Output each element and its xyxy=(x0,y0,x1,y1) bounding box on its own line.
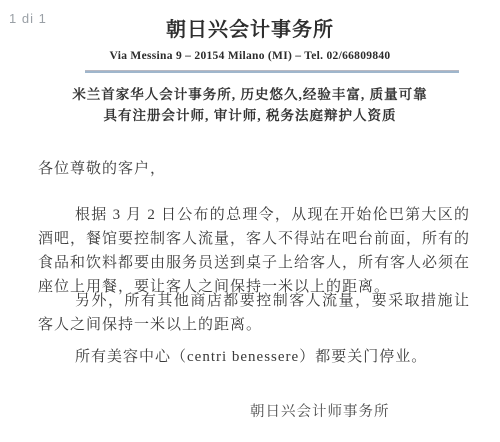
letter-paragraph-1: 根据 3 月 2 日公布的总理令，从现在开始伦巴第大区的酒吧，餐馆要控制客人流量… xyxy=(38,203,470,299)
letter-paragraph-2: 另外，所有其他商店都要控制客人流量，要采取措施让客人之间保持一米以上的距离。 xyxy=(38,289,470,337)
document-page: 1 di 1 朝日兴会计事务所 Via Messina 9 – 20154 Mi… xyxy=(0,0,500,442)
letterhead-address-line: Via Messina 9 – 20154 Milano (MI) – Tel.… xyxy=(0,50,500,62)
letterhead-firm-name: 朝日兴会计事务所 xyxy=(0,15,500,45)
letterhead-tagline-2: 具有注册会计师, 审计师, 税务法庭辩护人资质 xyxy=(0,104,500,124)
letter-signature-firm-name: 朝日兴会计师事务所 xyxy=(250,400,390,421)
letterhead-divider-rule xyxy=(85,70,459,73)
letter-paragraph-3: 所有美容中心（centri benessere）都要关门停业。 xyxy=(38,345,470,369)
letter-salutation: 各位尊敬的客户， xyxy=(38,157,166,181)
letterhead-tagline-1: 米兰首家华人会计事务所, 历史悠久,经验丰富, 质量可靠 xyxy=(0,83,500,103)
